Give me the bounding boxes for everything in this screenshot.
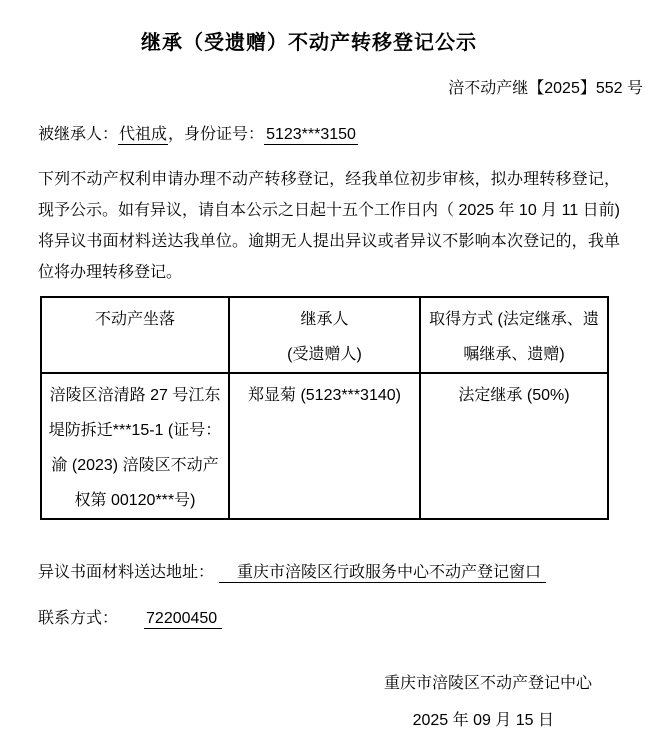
table-row: 涪陵区涪清路 27 号江东堤防拆迁***15-1 (证号：渝 (2023) 涪陵… [41,373,608,519]
header-heir-line1: 继承人 [235,302,414,337]
header-acquisition: 取得方式 (法定继承、遗嘱继承、遗赠) [420,297,608,373]
header-heir-line2: (受遗赠人) [235,337,414,372]
notice-body-paragraph: 下列不动产权利申请办理不动产转移登记，经我单位初步审核，拟办理转移登记，现予公示… [38,164,620,288]
cell-acquisition: 法定继承 (50%) [420,373,608,519]
cell-location: 涪陵区涪清路 27 号江东堤防拆迁***15-1 (证号：渝 (2023) 涪陵… [41,373,229,519]
objection-address-line: 异议书面材料送达地址：重庆市涪陵区行政服务中心不动产登记窗口 [38,562,620,584]
issuer-signature: 重庆市涪陵区不动产登记中心 [38,673,620,695]
decedent-separator: ， [168,126,184,143]
header-acquisition-text: 取得方式 (法定继承、遗嘱继承、遗赠) [426,302,602,372]
header-location: 不动产坐落 [41,297,229,373]
cell-heir: 郑显菊 (5123***3140) [229,373,420,519]
id-number: 5123***3150 [264,126,358,145]
cell-heir-text: 郑显菊 (5123***3140) [235,378,414,413]
decedent-line: 被继承人：代祖成，身份证号：5123***3150 [38,124,620,146]
contact-phone: 72200450 [144,610,222,629]
notice-document: 继承（受遗赠）不动产转移登记公示 涪不动产继【2025】552 号 被继承人：代… [0,26,658,732]
contact-line: 联系方式：72200450 [38,608,620,630]
cell-location-text: 涪陵区涪清路 27 号江东堤防拆迁***15-1 (证号：渝 (2023) 涪陵… [47,378,223,518]
page-title: 继承（受遗赠）不动产转移登记公示 [38,26,620,55]
id-label: 身份证号： [184,126,264,143]
decedent-label: 被继承人： [38,126,118,143]
header-location-text: 不动产坐落 [47,302,223,337]
cell-acquisition-text: 法定继承 (50%) [426,378,602,413]
objection-address-value: 重庆市涪陵区行政服务中心不动产登记窗口 [219,564,546,583]
table-header-row: 不动产坐落 继承人 (受遗赠人) 取得方式 (法定继承、遗嘱继承、遗赠) [41,297,608,373]
objection-address-label: 异议书面材料送达地址： [38,564,214,581]
header-heir: 继承人 (受遗赠人) [229,297,420,373]
contact-label: 联系方式： [38,610,118,627]
document-number: 涪不动产继【2025】552 号 [38,78,643,99]
issue-date: 2025 年 09 月 15 日 [38,710,620,732]
property-table: 不动产坐落 继承人 (受遗赠人) 取得方式 (法定继承、遗嘱继承、遗赠) 涪陵区… [40,296,609,520]
decedent-name: 代祖成 [118,126,168,145]
